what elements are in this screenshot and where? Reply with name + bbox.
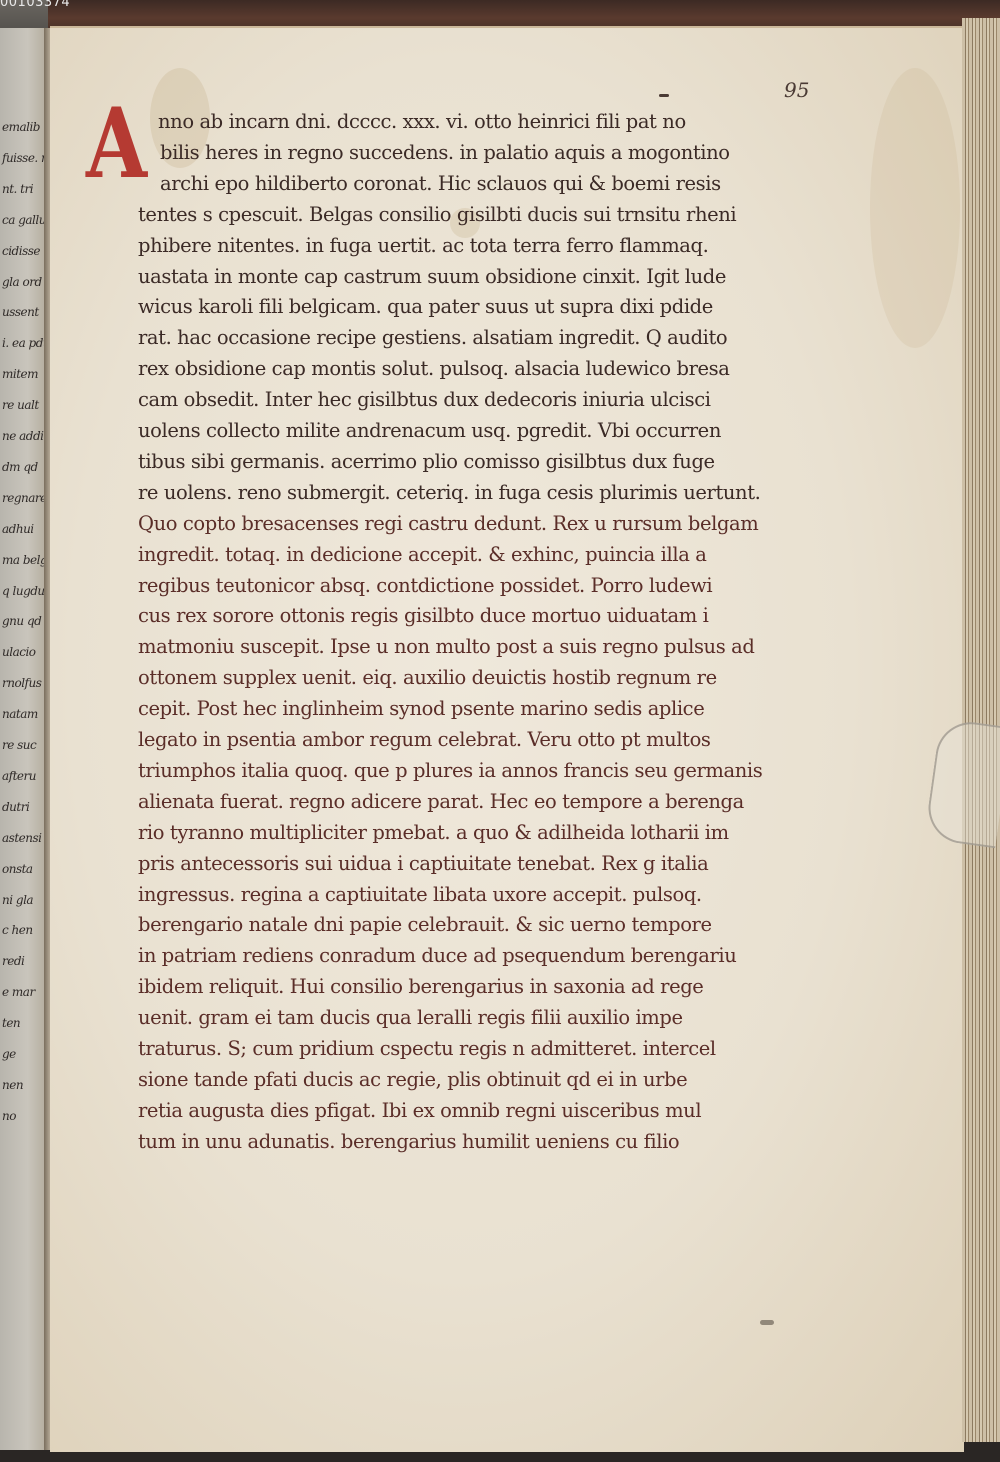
manuscript-line: rat. hac occasione recipe gestiens. alsa…	[138, 326, 727, 349]
verso-text-fragment: regnaret	[2, 491, 46, 505]
verso-text-fragment: adhui	[2, 522, 34, 536]
manuscript-line: berengario natale dni papie celebrauit. …	[138, 913, 712, 936]
manuscript-line: phibere nitentes. in fuga uertit. ac tot…	[138, 234, 708, 257]
manuscript-line: archi epo hildiberto coronat. Hic sclauo…	[160, 172, 721, 195]
manuscript-line: cam obsedit. Inter hec gisilbtus dux ded…	[138, 388, 711, 411]
catchword-mark	[659, 94, 669, 97]
manuscript-line: uastata in monte cap castrum suum obsidi…	[138, 265, 726, 288]
verso-text-fragment: cidisse	[2, 244, 40, 258]
verso-text-fragment: i. ea pdu	[2, 336, 46, 350]
verso-text-fragment: redi	[2, 954, 24, 968]
decorated-initial: A	[86, 104, 147, 184]
stain	[870, 68, 960, 348]
manuscript-line: traturus. S; cum pridium cspectu regis n…	[138, 1037, 716, 1060]
manuscript-line: ottonem supplex uenit. eiq. auxilio deui…	[138, 666, 717, 689]
manuscript-line: ibidem reliquit. Hui consilio berengariu…	[138, 975, 703, 998]
manuscript-line: cus rex sorore ottonis regis gisilbto du…	[138, 604, 708, 627]
verso-text-fragment: c hen	[2, 923, 33, 937]
verso-text-fragment: emalib	[2, 120, 40, 134]
manuscript-line: triumphos italia quoq. que p plures ia a…	[138, 759, 762, 782]
verso-text-fragment: gla ord	[2, 275, 42, 289]
verso-text-fragment: ten	[2, 1016, 20, 1030]
manuscript-line: tentes s cpescuit. Belgas consilio gisil…	[138, 203, 736, 226]
verso-text-fragment: ussent	[2, 305, 39, 319]
manuscript-line: sione tande pfati ducis ac regie, plis o…	[138, 1068, 687, 1091]
verso-text-fragment: gnu qd	[2, 614, 41, 628]
manuscript-line: rex obsidione cap montis solut. pulsoq. …	[138, 357, 730, 380]
verso-text-fragment: ni gla	[2, 893, 33, 907]
verso-text-fragment: re ualt	[2, 398, 39, 412]
verso-text-fragment: afteru	[2, 769, 36, 783]
verso-text-fragment: q lugdu	[2, 584, 45, 598]
verso-text-fragment: ne addi	[2, 429, 44, 443]
verso-text-fragment: nen	[2, 1078, 23, 1092]
verso-text-fragment: dutri	[2, 800, 29, 814]
folio-number: 95	[784, 78, 809, 102]
manuscript-line: legato in psentia ambor regum celebrat. …	[138, 728, 711, 751]
verso-text-fragment: ulacio	[2, 645, 36, 659]
verso-text-fragment: rnolfus	[2, 676, 41, 690]
manuscript-line: cepit. Post hec inglinheim synod psente …	[138, 697, 704, 720]
verso-text-fragment: re suc	[2, 738, 36, 752]
verso-text-fragment: ma belgi	[2, 553, 46, 567]
verso-text-fragment: ca gallu	[2, 213, 46, 227]
verso-text-fragment: astensi	[2, 831, 41, 845]
manuscript-line: wicus karoli fili belgicam. qua pater su…	[138, 295, 713, 318]
verso-text-fragment: natam	[2, 707, 38, 721]
manuscript-line: uolens collecto milite andrenacum usq. p…	[138, 419, 721, 442]
manuscript-line: ingredit. totaq. in dedicione accepit. &…	[138, 543, 706, 566]
manuscript-line: re uolens. reno submergit. ceteriq. in f…	[138, 481, 760, 504]
manuscript-line: tibus sibi germanis. acerrimo plio comis…	[138, 450, 715, 473]
manuscript-line: bilis heres in regno succedens. in palat…	[160, 141, 730, 164]
manuscript-line: tum in unu adunatis. berengarius humilit…	[138, 1130, 679, 1153]
verso-text-fragment: no	[2, 1109, 16, 1123]
manuscript-line: in patriam rediens conradum duce ad pseq…	[138, 944, 736, 967]
verso-text-fragment: nt. tri	[2, 182, 33, 196]
verso-text-fragment: dm qd	[2, 460, 38, 474]
verso-text-fragment: onsta	[2, 862, 33, 876]
verso-text-fragment: mitem	[2, 367, 38, 381]
verso-text-fragment: ge	[2, 1047, 16, 1061]
manuscript-line: ingressus. regina a captiuitate libata u…	[138, 883, 702, 906]
verso-text-fragment: fuisse. nec	[2, 151, 46, 165]
cover-corner: 00103374	[0, 0, 48, 30]
manuscript-line: rio tyranno multipliciter pmebat. a quo …	[138, 821, 729, 844]
manuscript-line: uenit. gram ei tam ducis qua leralli reg…	[138, 1006, 683, 1029]
verso-page-margin: emalibfuisse. necnt. trica gallucidisseg…	[0, 28, 46, 1450]
manuscript-line: retia augusta dies pfigat. Ibi ex omnib …	[138, 1099, 701, 1122]
manuscript-line: Quo copto bresacenses regi castru dedunt…	[138, 512, 758, 535]
manuscript-line: regibus teutonicor absq. contdictione po…	[138, 574, 712, 597]
verso-text-fragment: e mar	[2, 985, 35, 999]
ink-speck	[760, 1320, 774, 1325]
manuscript-line: nno ab incarn dni. dcccc. xxx. vi. otto …	[158, 110, 686, 133]
manuscript-line: matmoniu suscepit. Ipse u non multo post…	[138, 635, 754, 658]
manuscript-line: pris antecessoris sui uidua i captiuitat…	[138, 852, 708, 875]
manuscript-line: alienata fuerat. regno adicere parat. He…	[138, 790, 744, 813]
shelfmark-label: 00103374	[0, 0, 70, 10]
